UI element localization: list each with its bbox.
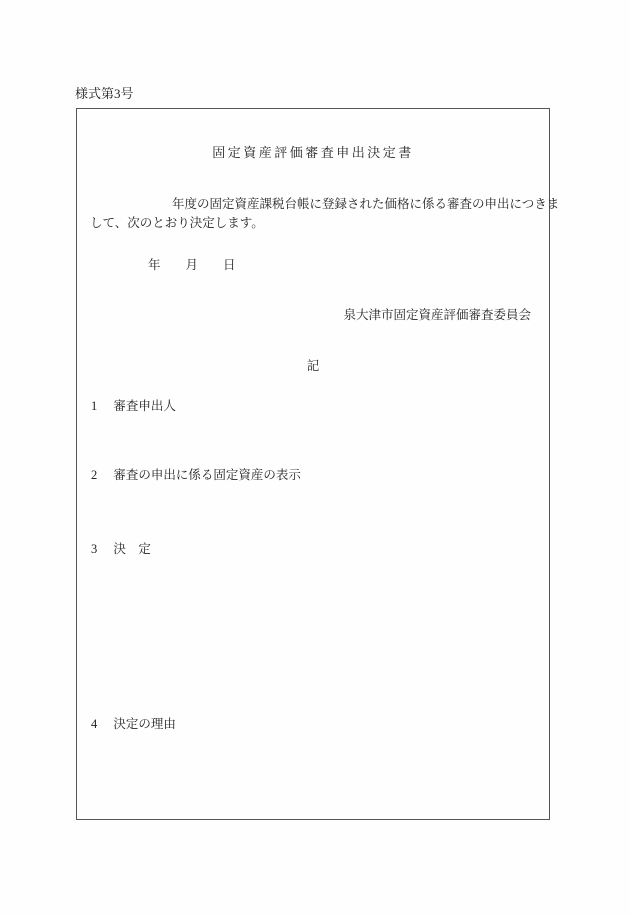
section-item-label: 審査の申出に係る固定資産の表示 bbox=[113, 469, 301, 482]
section-item-asset-description: 2 審査の申出に係る固定資産の表示 bbox=[91, 469, 301, 482]
body-paragraph-line-2: して、次のとおり決定します。 bbox=[90, 214, 559, 233]
document-title: 固定資産評価審査申出決定書 bbox=[77, 146, 549, 160]
date-blank-line: 年 月 日 bbox=[148, 259, 236, 272]
section-item-appellant: 1 審査申出人 bbox=[91, 400, 176, 413]
section-item-label: 審査申出人 bbox=[113, 400, 176, 413]
form-number-label: 様式第3号 bbox=[75, 87, 134, 100]
body-paragraph: 年度の固定資産課税台帳に登録された価格に係る審査の申出につきま して、次のとおり… bbox=[90, 195, 559, 233]
committee-name: 泉大津市固定資産評価審査委員会 bbox=[343, 309, 531, 322]
section-item-number: 2 bbox=[91, 469, 97, 482]
section-item-number: 1 bbox=[91, 400, 97, 413]
body-paragraph-line-1: 年度の固定資産課税台帳に登録された価格に係る審査の申出につきま bbox=[90, 195, 559, 214]
section-item-label: 決定の理由 bbox=[113, 718, 176, 731]
section-item-label: 決 定 bbox=[113, 543, 151, 556]
section-item-decision: 3 決 定 bbox=[91, 543, 151, 556]
record-mark: 記 bbox=[77, 360, 549, 373]
document-frame: 固定資産評価審査申出決定書 年度の固定資産課税台帳に登録された価格に係る審査の申… bbox=[76, 108, 550, 820]
document-page: 様式第3号 固定資産評価審査申出決定書 年度の固定資産課税台帳に登録された価格に… bbox=[0, 0, 630, 915]
section-item-number: 4 bbox=[91, 718, 97, 731]
section-item-number: 3 bbox=[91, 543, 97, 556]
section-item-decision-reason: 4 決定の理由 bbox=[91, 718, 176, 731]
